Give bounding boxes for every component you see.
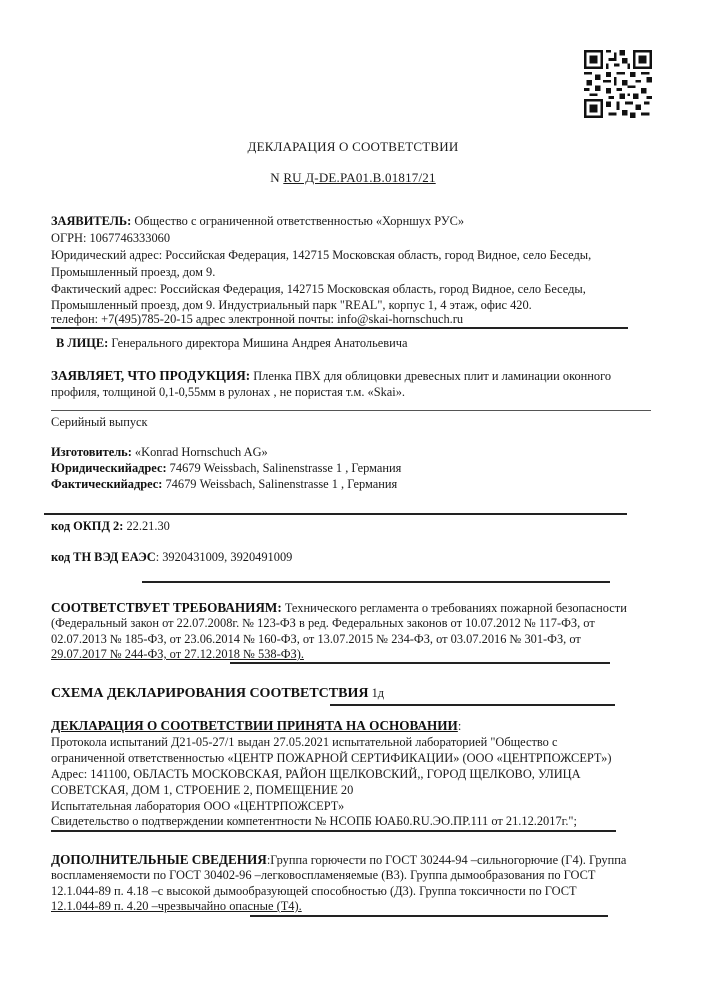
manufacturer-name: «Konrad Hornschuch AG» [132, 445, 268, 459]
manufacturer-actual-label: Фактическийадрес: [51, 477, 162, 491]
manufacturer-legal-line: Юридическийадрес: 74679 Weissbach, Salin… [51, 461, 401, 476]
manufacturer-actual-line: Фактическийадрес: 74679 Weissbach, Salin… [51, 477, 397, 492]
manufacturer-line: Изготовитель: «Konrad Hornschuch AG» [51, 445, 268, 460]
additional-line-4: 12.1.044-89 п. 4.20 –чрезвычайно опасные… [51, 899, 302, 914]
manufacturer-label: Изготовитель: [51, 445, 132, 459]
divider [330, 704, 615, 706]
qr-code-icon [584, 50, 652, 118]
applicant-name: Общество с ограниченной ответственностью… [131, 214, 464, 228]
divider [51, 327, 628, 329]
representative-line: В ЛИЦЕ: Генерального директора Мишина Ан… [56, 336, 407, 351]
basis-line-2: ограниченной ответственностью «ЦЕНТР ПОЖ… [51, 751, 612, 766]
requirements-line-4: 29.07.2017 № 244-ФЗ, от 27.12.2018 № 538… [51, 647, 304, 662]
product-line-2: профиля, толщиной 0,1-0,55мм в рулонах ,… [51, 385, 405, 400]
basis-colon: : [458, 719, 461, 733]
divider [230, 662, 610, 664]
divider [51, 410, 651, 411]
document-title: ДЕКЛАРАЦИЯ О СООТВЕТСТВИИ [0, 139, 706, 155]
additional-value: :Группа горючести по ГОСТ 30244-94 –силь… [267, 853, 627, 867]
production-type: Серийный выпуск [51, 415, 148, 430]
product-value: Пленка ПВХ для облицовки древесных плит … [250, 369, 611, 383]
tnved-label: код ТН ВЭД ЕАЭС [51, 550, 156, 564]
basis-line-1: Протокола испытаний Д21-05-27/1 выдан 27… [51, 735, 557, 750]
scheme-label: СХЕМА ДЕКЛАРИРОВАНИЯ СООТВЕТСТВИЯ [51, 686, 368, 701]
tnved-value: : 3920431009, 3920491009 [156, 550, 293, 564]
basis-heading: ДЕКЛАРАЦИЯ О СООТВЕТСТВИИ ПРИНЯТА НА ОСН… [51, 718, 461, 734]
requirements-label: СООТВЕТСТВУЕТ ТРЕБОВАНИЯМ: [51, 600, 282, 615]
basis-line-3: Адрес: 141100, ОБЛАСТЬ МОСКОВСКАЯ, РАЙОН… [51, 767, 581, 782]
basis-line-5: Испытательная лаборатория ООО «ЦЕНТРПОЖС… [51, 799, 344, 814]
number-prefix: N [270, 170, 283, 185]
manufacturer-legal-label: Юридическийадрес: [51, 461, 167, 475]
product-label: ЗАЯВЛЯЕТ, ЧТО ПРОДУКЦИЯ: [51, 368, 250, 383]
scheme-value: 1д [368, 686, 384, 700]
representative-label: В ЛИЦЕ: [56, 336, 108, 350]
applicant-legal-address-1: Юридический адрес: Российская Федерация,… [51, 248, 591, 263]
basis-line-6: Свидетельство о подтверждении компетентн… [51, 814, 577, 829]
divider [51, 830, 616, 832]
applicant-label: ЗАЯВИТЕЛЬ: [51, 214, 131, 228]
requirements-value: Технического регламента о требованиях по… [282, 601, 627, 615]
manufacturer-legal-value: 74679 Weissbach, Salinenstrasse 1 , Герм… [167, 461, 402, 475]
requirements-line-1: СООТВЕТСТВУЕТ ТРЕБОВАНИЯМ: Технического … [51, 600, 627, 616]
manufacturer-actual-value: 74679 Weissbach, Salinenstrasse 1 , Герм… [162, 477, 397, 491]
declaration-number: N RU Д-DE.PA01.B.01817/21 [0, 170, 706, 186]
applicant-phone: телефон: +7(495)785-20-15 адрес электрон… [51, 312, 463, 327]
number-value: RU Д-DE.PA01.B.01817/21 [283, 170, 435, 185]
divider [250, 915, 608, 917]
basis-line-4: СОВЕТСКАЯ, ДОМ 1, СТРОЕНИЕ 2, ПОМЕЩЕНИЕ … [51, 783, 353, 798]
additional-line-2: воспламеняемости по ГОСТ 30402-96 –легко… [51, 868, 595, 883]
applicant-legal-address-2: Промышленный проезд, дом 9. [51, 265, 215, 280]
okpd-value: 22.21.30 [123, 519, 169, 533]
okpd-label: код ОКПД 2: [51, 519, 123, 533]
additional-label: ДОПОЛНИТЕЛЬНЫЕ СВЕДЕНИЯ [51, 852, 267, 867]
representative-value: Генерального директора Мишина Андрея Ана… [108, 336, 407, 350]
tnved-line: код ТН ВЭД ЕАЭС: 3920431009, 3920491009 [51, 550, 292, 565]
applicant-actual-address-2: Промышленный проезд, дом 9. Индустриальн… [51, 298, 532, 313]
additional-line-3: 12.1.044-89 п. 4.18 –с высокой дымообраз… [51, 884, 577, 899]
basis-label: ДЕКЛАРАЦИЯ О СООТВЕТСТВИИ ПРИНЯТА НА ОСН… [51, 718, 458, 733]
applicant-ogrn: ОГРН: 1067746333060 [51, 231, 170, 246]
scheme-line: СХЕМА ДЕКЛАРИРОВАНИЯ СООТВЕТСТВИЯ 1д [51, 686, 384, 701]
okpd-line: код ОКПД 2: 22.21.30 [51, 519, 170, 534]
additional-line-1: ДОПОЛНИТЕЛЬНЫЕ СВЕДЕНИЯ:Группа горючести… [51, 852, 626, 868]
requirements-line-3: 02.07.2013 № 185-ФЗ, от 23.06.2014 № 160… [51, 632, 581, 647]
applicant-actual-address-1: Фактический адрес: Российская Федерация,… [51, 282, 586, 297]
divider [44, 513, 627, 515]
product-line-1: ЗАЯВЛЯЕТ, ЧТО ПРОДУКЦИЯ: Пленка ПВХ для … [51, 368, 611, 384]
divider [142, 581, 610, 583]
requirements-line-2: (Федеральный закон от 22.07.2008г. № 123… [51, 616, 595, 631]
applicant-line: ЗАЯВИТЕЛЬ: Общество с ограниченной ответ… [51, 214, 464, 229]
